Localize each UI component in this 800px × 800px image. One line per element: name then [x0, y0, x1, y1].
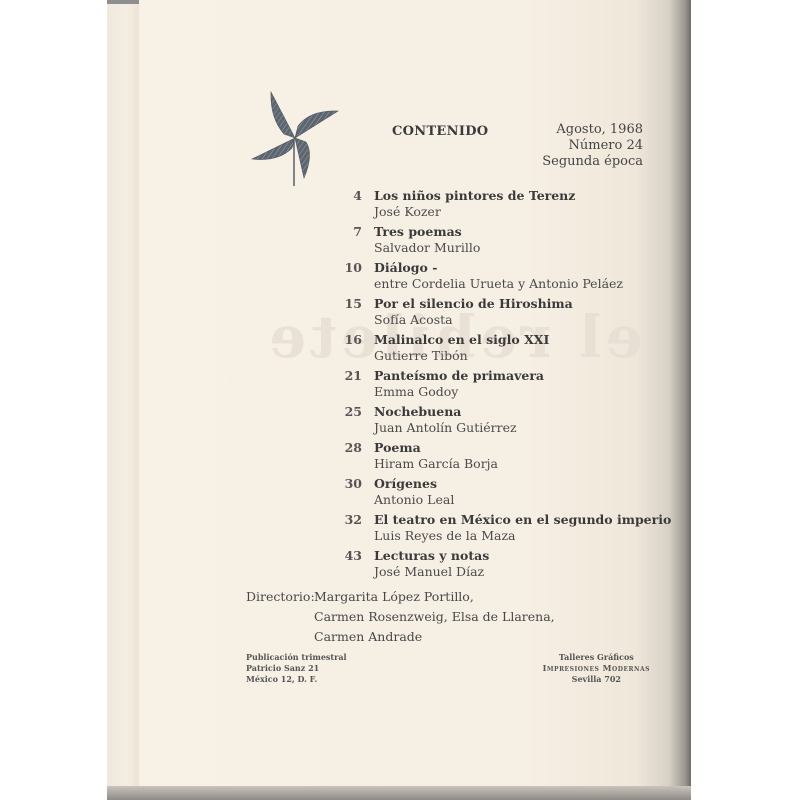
issue-series: Segunda época [542, 154, 643, 170]
publication-frequency: Publicación trimestral [246, 652, 347, 663]
issue-number: Número 24 [542, 138, 643, 154]
toc-entry: 15Por el silencio de HiroshimaSofía Acos… [336, 295, 656, 331]
pinwheel-icon [248, 88, 348, 188]
printer-name: Impresiones Modernas [543, 663, 650, 674]
toc-page-number: 32 [336, 512, 362, 527]
toc-page-number: 10 [336, 260, 362, 275]
toc-article-author: Luis Reyes de la Maza [374, 528, 515, 543]
toc-page-number: 21 [336, 368, 362, 383]
publication-address: Patricio Sanz 21 [246, 663, 347, 674]
toc-article-title: Panteísmo de primavera [374, 368, 544, 383]
toc-article-title: Orígenes [374, 476, 437, 491]
previous-page-edge [107, 0, 140, 790]
toc-article-author: José Kozer [374, 204, 441, 219]
toc-page-number: 28 [336, 440, 362, 455]
directory-line: Carmen Rosenzweig, Elsa de Llarena, [246, 607, 555, 627]
printer-address: Sevilla 702 [543, 674, 650, 685]
issue-info: Agosto, 1968 Número 24 Segunda época [542, 122, 643, 170]
toc-article-title: Malinalco en el siglo XXI [374, 332, 549, 347]
toc-article-title: Nochebuena [374, 404, 461, 419]
directory-line: Margarita López Portillo, [314, 589, 474, 604]
toc-entry: 4Los niños pintores de TerenzJosé Kozer [336, 187, 656, 223]
toc-page-number: 4 [336, 188, 362, 203]
toc-entry: 30OrígenesAntonio Leal [336, 475, 656, 511]
toc-entry: 32El teatro en México en el segundo impe… [336, 511, 656, 547]
toc-article-author: Emma Godoy [374, 384, 458, 399]
toc-article-author: Antonio Leal [374, 492, 454, 507]
toc-page-number: 15 [336, 296, 362, 311]
toc-page-number: 25 [336, 404, 362, 419]
page-title: CONTENIDO [392, 124, 488, 139]
page-shadow [107, 0, 139, 4]
printer-label: Talleres Gráficos [543, 652, 650, 663]
toc-article-title: Los niños pintores de Terenz [374, 188, 575, 203]
toc-page-number: 16 [336, 332, 362, 347]
toc-entry: 28PoemaHiram García Borja [336, 439, 656, 475]
toc-entry: 16Malinalco en el siglo XXIGutierre Tibó… [336, 331, 656, 367]
page-bottom-shadow [107, 786, 691, 800]
toc-entry: 7Tres poemasSalvador Murillo [336, 223, 656, 259]
toc-article-author: Juan Antolín Gutiérrez [374, 420, 517, 435]
toc-article-title: Tres poemas [374, 224, 462, 239]
directory-line: Carmen Andrade [246, 627, 555, 647]
directory: Directorio:Margarita López Portillo, Car… [246, 587, 555, 647]
toc-entry: 25NochebuenaJuan Antolín Gutiérrez [336, 403, 656, 439]
directory-label: Directorio: [246, 587, 314, 607]
toc-page-number: 43 [336, 548, 362, 563]
toc-article-author: Hiram García Borja [374, 456, 498, 471]
toc-entry: 10Diálogo -entre Cordelia Urueta y Anton… [336, 259, 656, 295]
toc-article-title: Diálogo - [374, 260, 437, 275]
toc-page-number: 30 [336, 476, 362, 491]
toc-entry: 43Lecturas y notasJosé Manuel Díaz [336, 547, 656, 583]
publication-city: México 12, D. F. [246, 674, 347, 685]
issue-date: Agosto, 1968 [542, 122, 643, 138]
table-of-contents: 4Los niños pintores de TerenzJosé Kozer7… [336, 187, 656, 583]
toc-article-author: Gutierre Tibón [374, 348, 468, 363]
printer-info: Talleres Gráficos Impresiones Modernas S… [543, 652, 650, 685]
toc-article-title: Lecturas y notas [374, 548, 489, 563]
toc-article-author: Salvador Murillo [374, 240, 480, 255]
toc-article-author: Sofía Acosta [374, 312, 453, 327]
toc-article-author: José Manuel Díaz [374, 564, 484, 579]
toc-article-author: entre Cordelia Urueta y Antonio Peláez [374, 276, 623, 291]
toc-page-number: 7 [336, 224, 362, 239]
publication-info: Publicación trimestral Patricio Sanz 21 … [246, 652, 347, 685]
toc-article-title: El teatro en México en el segundo imperi… [374, 512, 671, 527]
toc-article-title: Poema [374, 440, 421, 455]
toc-article-title: Por el silencio de Hiroshima [374, 296, 573, 311]
toc-entry: 21Panteísmo de primaveraEmma Godoy [336, 367, 656, 403]
